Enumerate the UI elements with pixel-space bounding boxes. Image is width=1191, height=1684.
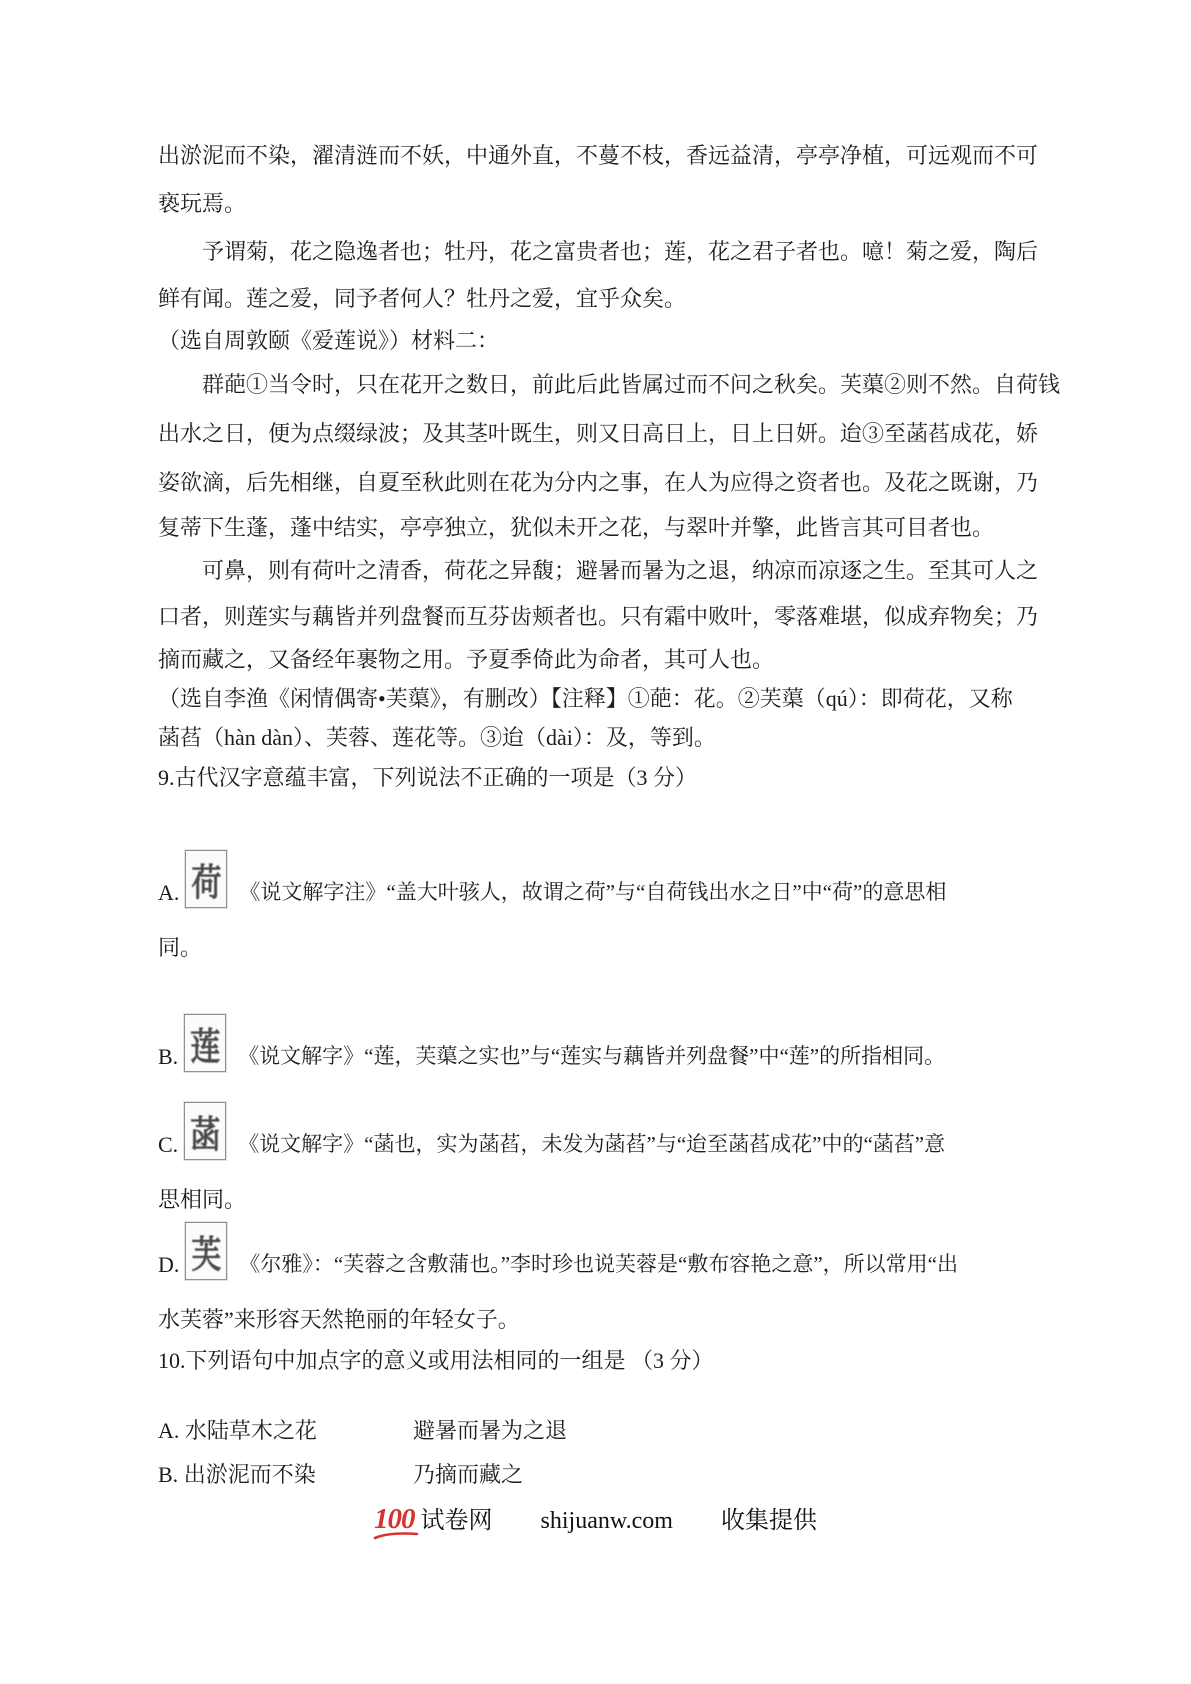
logo-underline-swoosh-icon (373, 1530, 419, 1540)
passage2-line: 摘而藏之，又备经年裹物之用。予夏季倚此为命者，其可人也。 (158, 640, 1039, 680)
seal-character: 芙 (191, 1224, 221, 1279)
option-text: 《说文解字》“菡也，实为菡萏，未发为菡萏”与“迨至菡萏成花”中的“菡萏”意 (226, 1128, 945, 1160)
option-left-phrase: A. 水陆草木之花 (158, 1410, 413, 1452)
option-right-phrase: 避暑而暑为之退 (413, 1410, 567, 1452)
seal-character: 菡 (190, 1104, 220, 1159)
seal-script-he-image: 荷 (185, 850, 227, 908)
question9-option-c: C. 菡 《说文解字》“菡也，实为菡萏，未发为菡萏”与“迨至菡萏成花”中的“菡萏… (158, 1102, 1039, 1160)
option-label: B. (158, 1044, 184, 1072)
option-label: D. (158, 1252, 185, 1280)
option-label: A. (158, 880, 185, 908)
passage2-line: 口者，则莲实与藕皆并列盘餐而互芬齿颊者也。只有霜中败叶，零落难堪，似成弃物矣；乃 (158, 593, 1039, 640)
question9-option-c-continuation: 思相同。 (158, 1160, 1039, 1214)
passage2-source-notes: （选自李渔《闲情偶寄•芙蕖》，有删改）【注释】①葩：花。②芙蕖（qú）：即荷花，… (158, 680, 1039, 718)
passage2-line: 姿欲滴，后先相继，自夏至秋此则在花为分内之事，在人为应得之资者也。及花之既谢，乃 (158, 458, 1039, 507)
passage2-line: 群葩①当令时，只在花开之数日，前此后此皆属过而不问之秋矣。芙蕖②则不然。自荷钱 (158, 360, 1039, 409)
passage1-line: 出淤泥而不染，濯清涟而不妖，中通外直，不蔓不枝，香远益清，亭亭净植，可远观而不可 (158, 132, 1039, 180)
question9-stem: 9.古代汉字意蕴丰富，下列说法不正确的一项是（3 分） (158, 758, 1039, 798)
option-label: B. (158, 1462, 178, 1487)
question9-option-a: A. 荷 《说文解字注》“盖大叶骇人，故谓之荷”与“自荷钱出水之日”中“荷”的意… (158, 850, 1039, 908)
question9-option-a-continuation: 同。 (158, 908, 1039, 962)
footer-watermark: 100 试卷网 shijuanw.com 收集提供 (0, 1500, 1191, 1536)
seal-script-lian-image: 莲 (184, 1014, 226, 1072)
shijuanw-logo: 100 试卷网 (374, 1500, 493, 1536)
page-content: 出淤泥而不染，濯清涟而不妖，中通外直，不蔓不枝，香远益清，亭亭净植，可远观而不可… (158, 132, 1039, 1496)
passage2-source-notes: 菡萏（hàn dàn）、芙蓉、莲花等。③迨（dài）：及，等到。 (158, 718, 1039, 758)
question9-option-d: D. 芙 《尔雅》：“芙蓉之含敷蒲也。”李时珍也说芙蓉是“敷布容艳之意”，所以常… (158, 1222, 1039, 1280)
passage1-line: 予谓菊，花之隐逸者也；牡丹，花之富贵者也；莲，花之君子者也。噫！菊之爱，陶后 (158, 228, 1039, 275)
passage1-line: 鲜有闻。莲之爱，同予者何人？牡丹之爱，宜乎众矣。 (158, 275, 1039, 322)
option-text: 《尔雅》：“芙蓉之含敷蒲也。”李时珍也说芙蓉是“敷布容艳之意”，所以常用“出 (227, 1248, 958, 1280)
option-label: C. (158, 1132, 184, 1160)
exam-paper-page: 出淤泥而不染，濯清涟而不妖，中通外直，不蔓不枝，香远益清，亭亭净植，可远观而不可… (0, 0, 1191, 1684)
passage2-line: 出水之日，便为点缀绿波；及其茎叶既生，则又日高日上，日上日妍。迨③至菡萏成花，娇 (158, 409, 1039, 458)
seal-character: 莲 (190, 1016, 220, 1071)
option-left-phrase: B. 出淤泥而不染 (158, 1454, 413, 1496)
option-right-phrase: 乃摘而藏之 (413, 1454, 523, 1496)
question9-option-d-continuation: 水芙蓉”来形容天然艳丽的年轻女子。 (158, 1280, 1039, 1334)
footer-tagline: 收集提供 (721, 1500, 817, 1535)
seal-script-fu-image: 芙 (185, 1222, 227, 1280)
logo-site-name: 试卷网 (421, 1500, 493, 1535)
passage2-line: 复蒂下生蓬，蓬中结实，亭亭独立，犹似未开之花，与翠叶并擎，此皆言其可目者也。 (158, 507, 1039, 548)
passage2-line: 可鼻，则有荷叶之清香，荷花之异馥；避暑而暑为之退，纳凉而凉逐之生。至其可人之 (158, 548, 1039, 593)
passage1-line: 亵玩焉。 (158, 180, 1039, 228)
seal-script-han-image: 菡 (184, 1102, 226, 1160)
option-text: 《说文解字》“莲，芙蕖之实也”与“莲实与藕皆并列盘餐”中“莲”的所指相同。 (226, 1040, 945, 1072)
question10-option-a: A. 水陆草木之花 避暑而暑为之退 (158, 1410, 1039, 1452)
question10-option-b: B. 出淤泥而不染 乃摘而藏之 (158, 1454, 1039, 1496)
seal-character: 荷 (191, 852, 221, 907)
question9-option-b: B. 莲 《说文解字》“莲，芙蕖之实也”与“莲实与藕皆并列盘餐”中“莲”的所指相… (158, 1014, 1039, 1072)
passage1-source: （选自周敦颐《爱莲说》）材料二： (158, 322, 1039, 360)
site-domain-text: shijuanw.com (541, 1508, 673, 1535)
question10-stem: 10.下列语句中加点字的意义或用法相同的一组是 （3 分） (158, 1340, 1039, 1382)
option-text: 《说文解字注》“盖大叶骇人，故谓之荷”与“自荷钱出水之日”中“荷”的意思相 (227, 876, 946, 908)
option-label: A. (158, 1418, 179, 1443)
